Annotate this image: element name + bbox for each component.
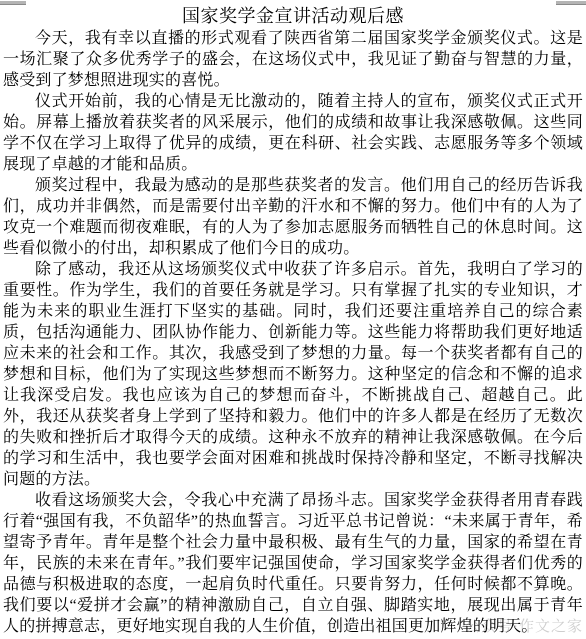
crop-artifact-top-right (556, 1, 586, 5)
document-title: 国家奖学金宣讲活动观后感 (0, 0, 586, 27)
paragraph: 仪式开始前，我的心情是无比激动的，随着主持人的宣布，颁奖仪式正式开始。屏幕上播放… (3, 91, 583, 175)
document-page: 公众号·作文之家 国家奖学金宣讲活动观后感 今天，我有幸以直播的形式观看了陕西省… (0, 0, 586, 639)
paragraph: 除了感动，我还从这场颁奖仪式中收获了许多启示。首先，我明白了学习的重要性。作为学… (3, 259, 583, 490)
paragraph: 颁奖过程中，我最为感动的是那些获奖者的发言。他们用自己的经历告诉我们，成功并非偶… (3, 175, 583, 259)
document-body: 今天，我有幸以直播的形式观看了陕西省第二届国家奖学金颁奖仪式。这是一场汇聚了众多… (0, 27, 586, 637)
paragraph: 收看这场颁奖大会，令我心中充满了昂扬斗志。国家奖学金获得者用青春践行着“强国有我… (3, 490, 583, 637)
paragraph: 今天，我有幸以直播的形式观看了陕西省第二届国家奖学金颁奖仪式。这是一场汇聚了众多… (3, 28, 583, 91)
crop-artifact-top-left (0, 1, 26, 5)
